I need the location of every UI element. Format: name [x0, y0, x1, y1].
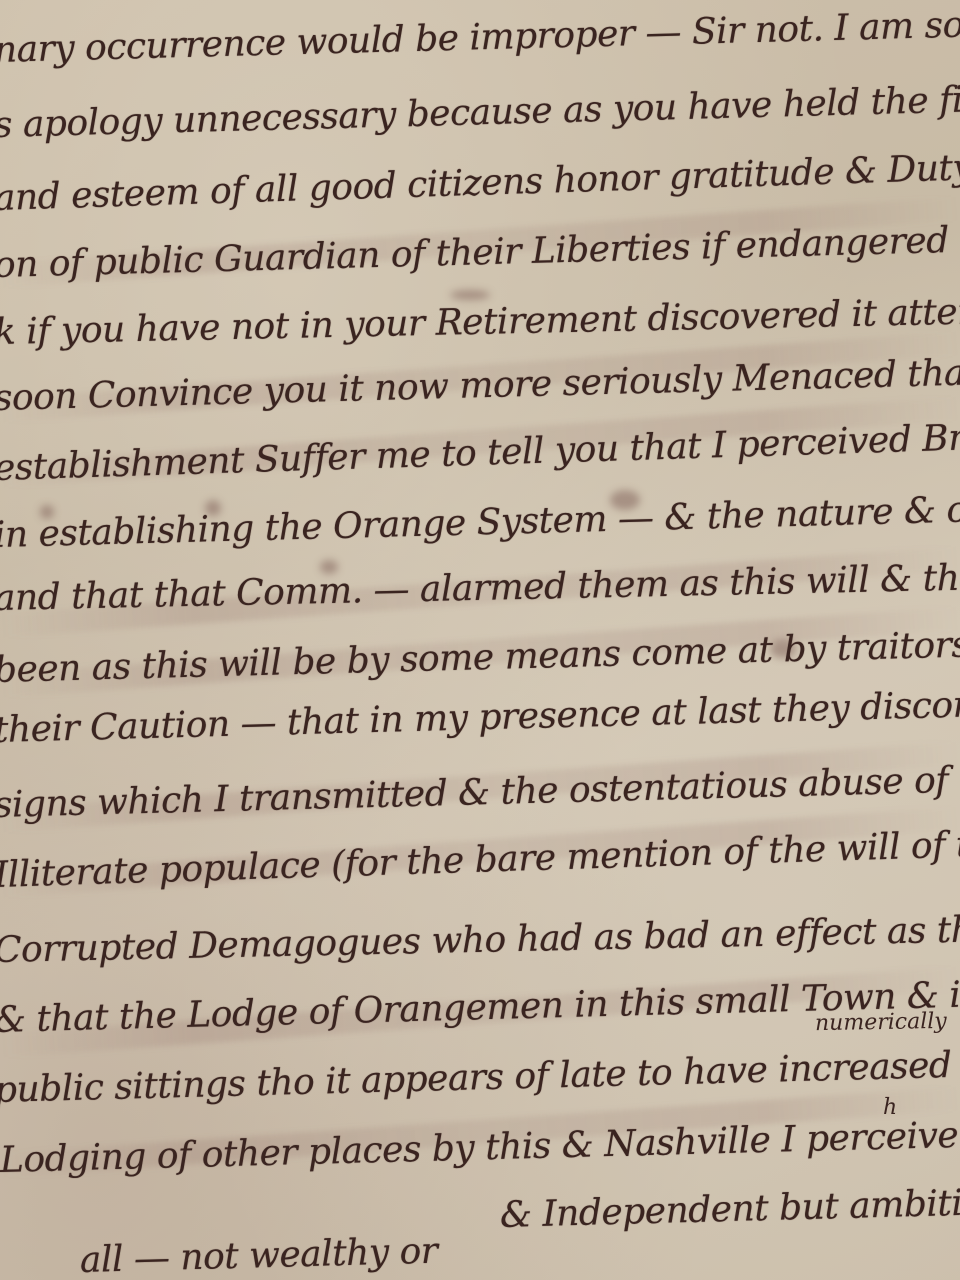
manuscript-line: signs which I transmitted & the ostentat…	[0, 755, 960, 826]
interlinear-insertion: numerically	[815, 1009, 947, 1036]
manuscript-line: all — not wealthy or	[79, 1231, 438, 1280]
ink-stain	[450, 290, 490, 300]
manuscript-line: been as this will be by some means come …	[0, 623, 960, 691]
manuscript-line: nary occurrence would be improper — Sir …	[0, 3, 960, 71]
manuscript-line: & Independent but ambitious	[499, 1181, 960, 1236]
manuscript-line: s apology unnecessary because as you hav…	[0, 79, 960, 146]
manuscript-line: Corrupted Demagogues who had as bad an e…	[0, 906, 960, 971]
manuscript-line: in establishing the Orange System — & th…	[0, 485, 960, 556]
manuscript-line: and that that Comm. — alarmed them as th…	[0, 554, 960, 619]
manuscript-paper: nary occurrence would be improper — Sir …	[0, 0, 960, 1280]
manuscript-line: on of public Guardian of their Liberties…	[0, 217, 960, 286]
manuscript-line: Illiterate populace (for the bare mentio…	[0, 821, 960, 896]
manuscript-line: establishment Suffer me to tell you that…	[0, 410, 960, 489]
manuscript-line: their Caution — that in my presence at l…	[0, 680, 960, 751]
